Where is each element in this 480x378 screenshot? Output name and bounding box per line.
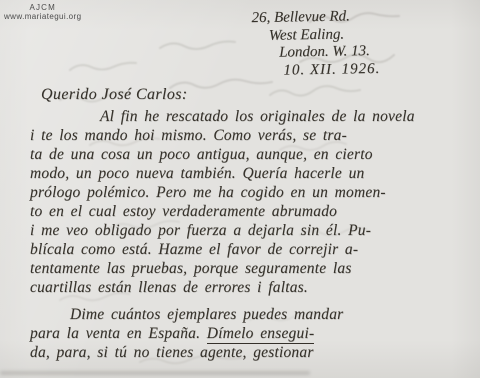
- body-line: to en el cual estoy verdaderamente abrum…: [30, 202, 454, 221]
- body-line: i te los mando hoi mismo. Como verás, se…: [30, 126, 454, 145]
- body-line: i me veo obligado por fuerza a dejarla s…: [30, 221, 454, 240]
- address-line-district: West Ealing.: [269, 25, 380, 44]
- address-line-city: London. W. 13.: [279, 43, 380, 62]
- watermark: AJCM www.mariategui.org: [4, 3, 81, 21]
- body-line: blícala como está. Hazme el favor de cor…: [30, 240, 454, 259]
- date-line: 10. XII. 1926.: [283, 60, 380, 79]
- body-line: Al fin he rescatado los originales de la…: [30, 107, 454, 126]
- underlined-phrase: Dímelo ensegui-: [207, 325, 315, 344]
- body-line: modo, un poco nueva también. Quería hace…: [30, 164, 454, 183]
- scanned-letter-page: AJCM www.mariategui.org 26, Bellevue Rd.…: [0, 0, 480, 378]
- watermark-initials: AJCM: [4, 3, 81, 12]
- body-line: cuartillas están llenas de errores i fal…: [30, 278, 454, 297]
- address-line-street: 26, Bellevue Rd.: [251, 8, 379, 28]
- body-line-segment: para la venta en España.: [30, 325, 207, 342]
- address-block: 26, Bellevue Rd. West Ealing. London. W.…: [251, 8, 380, 80]
- body-line: Dime cuántos ejemplares puedes mandar: [30, 305, 454, 324]
- scan-edge-smudge: [0, 371, 310, 375]
- letter-body: Al fin he rescatado los originales de la…: [30, 107, 454, 362]
- salutation: Querido José Carlos:: [41, 86, 188, 104]
- body-line: tentamente las pruebas, porque seguramen…: [30, 259, 454, 278]
- body-line: para la venta en España. Dímelo ensegui-: [30, 324, 454, 343]
- body-line: ta de una cosa un poco antigua, aunque, …: [30, 145, 454, 164]
- body-line: da, para, si tú no tienes agente, gestio…: [30, 343, 454, 362]
- watermark-url: www.mariategui.org: [4, 12, 81, 21]
- body-line: prólogo polémico. Pero me ha cogido en u…: [30, 183, 454, 202]
